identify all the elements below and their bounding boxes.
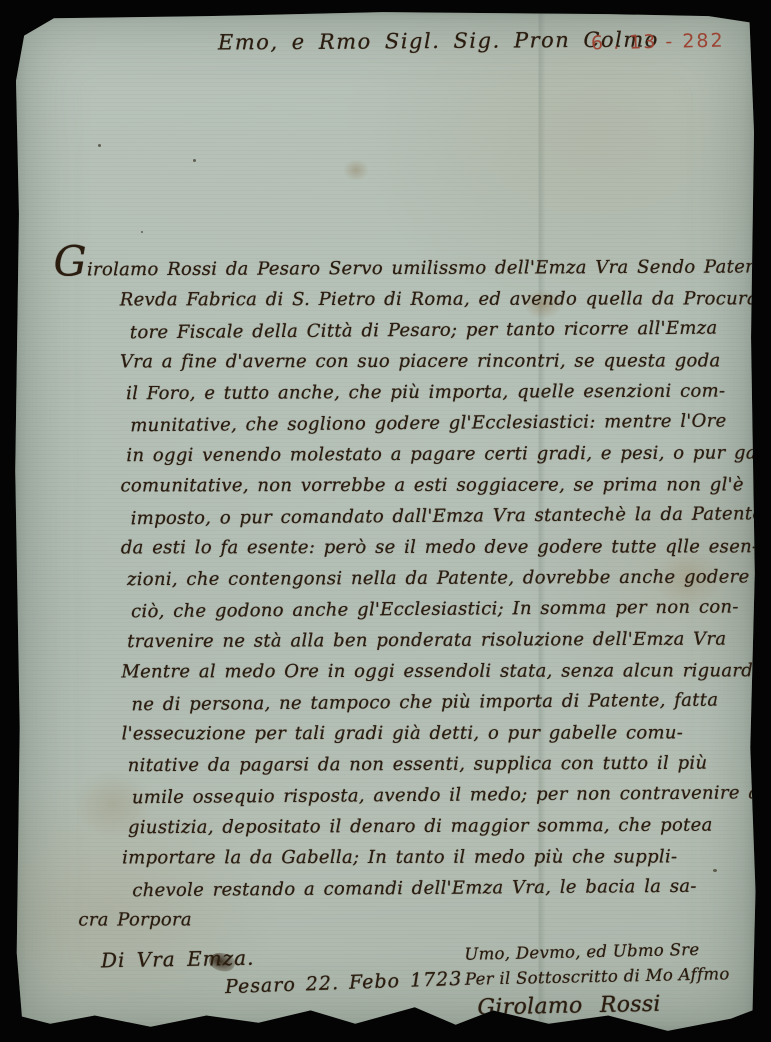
- body-line: il Foro, e tutto anche, che più importa,…: [126, 376, 736, 410]
- signature: Girolamo Rossi: [477, 986, 730, 1025]
- body-line: travenire ne stà alla ben ponderata riso…: [127, 623, 737, 657]
- letter-body: Girolamo Rossi da Pesaro Servo umilissmo…: [48, 249, 739, 937]
- signoff-line: Per il Sottoscritto di Mo Affmo: [465, 961, 730, 992]
- header-row: Emo, e Rmo Sigl. Sig. Pron Colmo 6 . 13 …: [13, 23, 757, 63]
- body-line: l'essecuzione per tali gradi già detti, …: [122, 717, 738, 749]
- body-line: imposto, o pur comandato dall'Emza Vra s…: [131, 498, 737, 534]
- archive-number: 6 . 13 - 282: [591, 30, 725, 55]
- body-line: zioni, che contengonsi nella da Patente,…: [127, 561, 737, 595]
- ink-blot: [207, 949, 238, 975]
- body-line: in oggi venendo molestato a pagare certi…: [126, 438, 736, 472]
- body-line: munitative, che sogliono godere gl'Eccle…: [130, 405, 736, 441]
- dateline: Pesaro 22. Febo 1723: [225, 968, 463, 998]
- body-line: Girolamo Rossi da Pesaro Servo umilissmo…: [54, 249, 736, 286]
- body-line: da esti lo fa esente: però se il medo de…: [121, 531, 737, 563]
- paper-stain: [343, 159, 369, 181]
- body-line: giustizia, depositato il denaro di maggi…: [128, 809, 738, 843]
- body-line: nitative da pagarsi da non essenti, supp…: [128, 747, 738, 781]
- photo-background: Emo, e Rmo Sigl. Sig. Pron Colmo 6 . 13 …: [0, 0, 771, 1042]
- body-line: umile ossequio risposta, avendo il medo;…: [132, 777, 738, 813]
- body-line: ne di persona, ne tampoco che più import…: [131, 684, 737, 720]
- signoff-line: Umo, Devmo, ed Ubmo Sre: [464, 936, 729, 967]
- body-line: ciò, che godono anche gl'Ecclesiastici; …: [131, 591, 737, 627]
- manuscript-page: Emo, e Rmo Sigl. Sig. Pron Colmo 6 . 13 …: [13, 9, 757, 1035]
- paper-speck: [193, 159, 196, 162]
- body-line: importare la da Gabella; In tanto il med…: [122, 841, 738, 873]
- signoff-block: Umo, Devmo, ed Ubmo Sre Per il Sottoscri…: [464, 936, 730, 1026]
- valediction: Di Vra Emza.: [101, 946, 255, 973]
- body-line: Mentre al medo Ore in oggi essendoli sta…: [121, 655, 737, 687]
- body-line: Revda Fabrica di S. Pietro di Roma, ed a…: [120, 283, 736, 315]
- paper-speck: [141, 231, 143, 233]
- body-line: cra Porpora: [78, 903, 738, 935]
- body-line: tore Fiscale della Città di Pesaro; per …: [130, 312, 736, 348]
- body-line: Vra a fine d'averne con suo piacere rinc…: [120, 345, 736, 377]
- body-line: chevole restando a comandi dell'Emza Vra…: [132, 870, 738, 906]
- paper-speck: [98, 144, 101, 147]
- body-line: comunitative, non vorrebbe a esti soggia…: [121, 469, 737, 501]
